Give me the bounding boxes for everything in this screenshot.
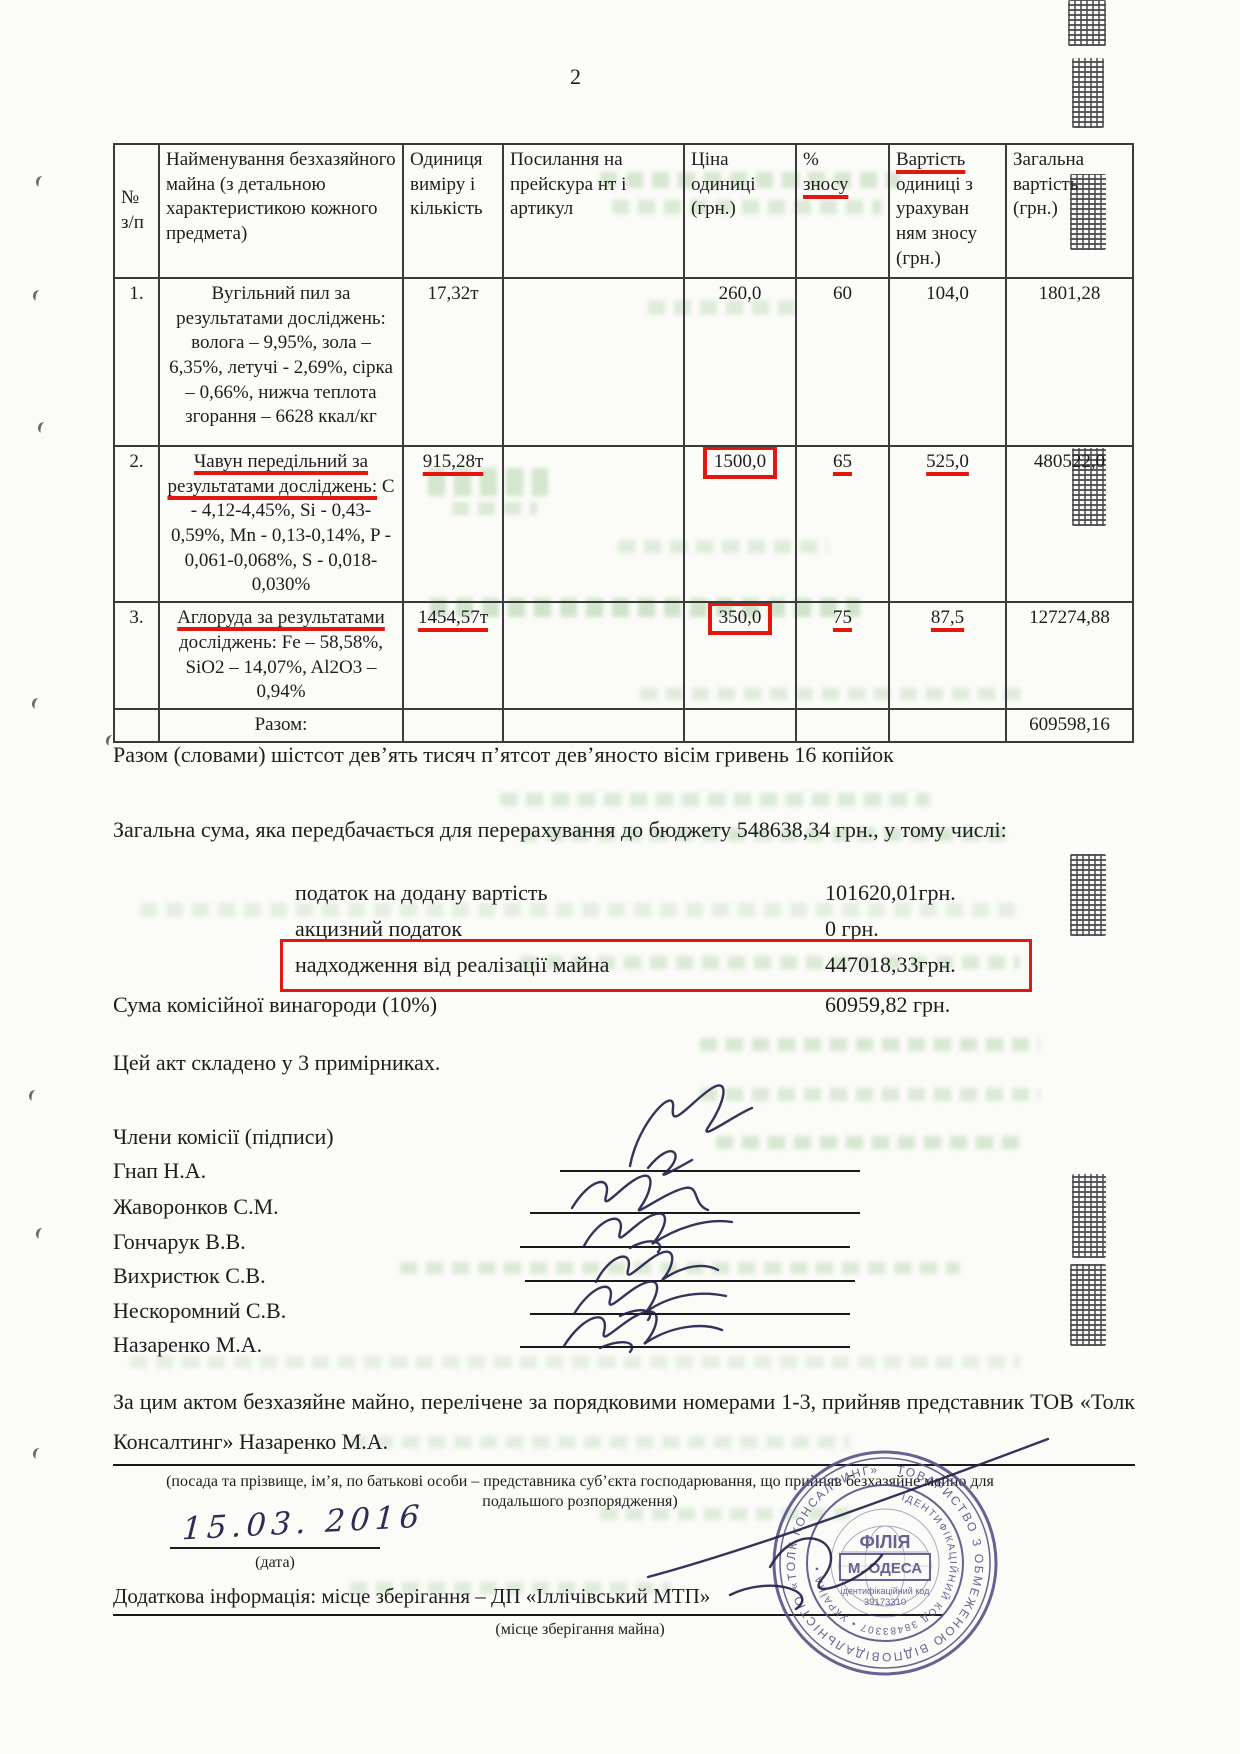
row-unit-cost: 87,5 — [889, 602, 1006, 709]
table-row: 3. Аглоруда за результатами досліджень: … — [114, 602, 1133, 709]
commission-member: Жаворонков С.М. — [113, 1192, 279, 1223]
red-underline-annotation: Чавун передільний за результатами дослід… — [167, 451, 377, 497]
row-name: Аглоруда за результатами досліджень: Fe … — [159, 602, 403, 709]
pen-stroke-over-stamp — [620, 1395, 1060, 1695]
page-number: 2 — [570, 62, 581, 93]
scan-artifact — [1070, 854, 1106, 936]
red-underline-annotation: 1454,57т — [418, 607, 488, 628]
scan-artifact — [1070, 1264, 1106, 1346]
scan-artifact — [1072, 1174, 1106, 1258]
red-box-annotation: 350,0 — [708, 602, 773, 635]
red-underline-annotation: 525,0 — [926, 451, 969, 472]
row-quantity: 17,32т — [403, 278, 503, 446]
sale-proceeds-value: 447018,33грн. — [825, 950, 956, 981]
red-underline-annotation: 65 — [833, 451, 852, 472]
vat-value: 101620,01грн. — [825, 878, 956, 909]
header-name: Найменування безхазяйного майна (з детал… — [159, 144, 403, 278]
vat-label: податок на додану вартість — [295, 878, 548, 909]
handwritten-signatures — [480, 1080, 900, 1370]
ink-speck — [32, 289, 44, 302]
commission-member: Нескоромний С.В. — [113, 1296, 286, 1327]
ink-speck — [37, 421, 49, 434]
scan-artifact — [1072, 58, 1104, 128]
sale-proceeds-label: надходження від реалізації майна — [295, 950, 609, 981]
header-unit-cost: Вартість одиниці з урахуван ням зносу (г… — [889, 144, 1006, 278]
red-underline-annotation: 915,28т — [423, 451, 484, 472]
red-box-annotation: 1500,0 — [703, 446, 777, 479]
row-wear-percent: 65 — [796, 446, 889, 602]
ink-speck — [31, 697, 43, 710]
total-row-label: Разом: — [159, 709, 403, 742]
bleedthrough-noise — [500, 793, 930, 806]
table-row: 2. Чавун передільний за результатами дос… — [114, 446, 1133, 602]
grand-total-value: 609598,16 — [1006, 709, 1133, 742]
header-num: № з/п — [114, 144, 159, 278]
ink-speck — [35, 175, 47, 188]
header-ref: Посилання на прейскура нт і артикул — [503, 144, 684, 278]
table-header-row: № з/п Найменування безхазяйного майна (з… — [114, 144, 1133, 278]
row-reference — [503, 602, 684, 709]
scan-artifact — [1068, 0, 1106, 46]
commission-fee-value: 60959,82 грн. — [825, 990, 950, 1021]
copies-statement: Цей акт складено у 3 примірниках. — [113, 1048, 440, 1079]
scan-artifact — [1070, 174, 1106, 250]
commission-fee-label: Сума комісійної винагороди (10%) — [113, 990, 437, 1021]
row-unit-cost: 525,0 — [889, 446, 1006, 602]
red-underline-annotation: Вартість — [896, 149, 965, 170]
red-underline-annotation: зносу — [803, 174, 848, 195]
row-total: 127274,88 — [1006, 602, 1133, 709]
bleedthrough-noise — [700, 1038, 1040, 1051]
total-in-words: Разом (словами) шістсот дев’ять тисяч п’… — [113, 740, 1083, 771]
property-table: № з/п Найменування безхазяйного майна (з… — [113, 143, 1134, 743]
date-line — [170, 1547, 380, 1549]
row-quantity: 1454,57т — [403, 602, 503, 709]
red-underline-annotation: Аглоруда за результатами — [177, 607, 385, 628]
date-caption: (дата) — [170, 1553, 380, 1573]
row-number: 1. — [114, 278, 159, 446]
row-reference — [503, 446, 684, 602]
red-underline-annotation: 75 — [833, 607, 852, 628]
commission-heading: Члени комісії (підписи) — [113, 1122, 334, 1153]
ink-speck — [32, 1447, 44, 1460]
scan-artifact — [1072, 448, 1106, 526]
ink-speck — [28, 1089, 40, 1102]
scanned-document-page: 2 № з/п Найменування безхазяйного майна … — [0, 0, 1240, 1754]
row-unit-price: 260,0 — [684, 278, 796, 446]
commission-member: Вихристюк С.В. — [113, 1261, 266, 1292]
row-unit-price: 350,0 — [684, 602, 796, 709]
header-unit: Одиниця виміру і кількість — [403, 144, 503, 278]
row-unit-cost: 104,0 — [889, 278, 1006, 446]
row-total: 1801,28 — [1006, 278, 1133, 446]
ink-speck — [35, 1227, 47, 1240]
header-wear: %зносу — [796, 144, 889, 278]
row-wear-percent: 60 — [796, 278, 889, 446]
row-quantity: 915,28т — [403, 446, 503, 602]
row-name: Чавун передільний за результатами дослід… — [159, 446, 403, 602]
row-total: 480522,0 — [1006, 446, 1133, 602]
row-name: Вугільний пил за результатами досліджень… — [159, 278, 403, 446]
row-wear-percent: 75 — [796, 602, 889, 709]
commission-member: Гончарук В.В. — [113, 1227, 246, 1258]
commission-member: Гнап Н.А. — [113, 1156, 206, 1187]
row-unit-price: 1500,0 — [684, 446, 796, 602]
red-underline-annotation: 87,5 — [931, 607, 964, 628]
table-total-row: Разом: 609598,16 — [114, 709, 1133, 742]
header-price: Ціна одиниці (грн.) — [684, 144, 796, 278]
commission-member: Назаренко М.А. — [113, 1330, 262, 1361]
budget-sum-line: Загальна сума, яка передбачається для пе… — [113, 815, 1135, 846]
row-number: 3. — [114, 602, 159, 709]
row-number: 2. — [114, 446, 159, 602]
table-row: 1. Вугільний пил за результатами дослідж… — [114, 278, 1133, 446]
row-reference — [503, 278, 684, 446]
